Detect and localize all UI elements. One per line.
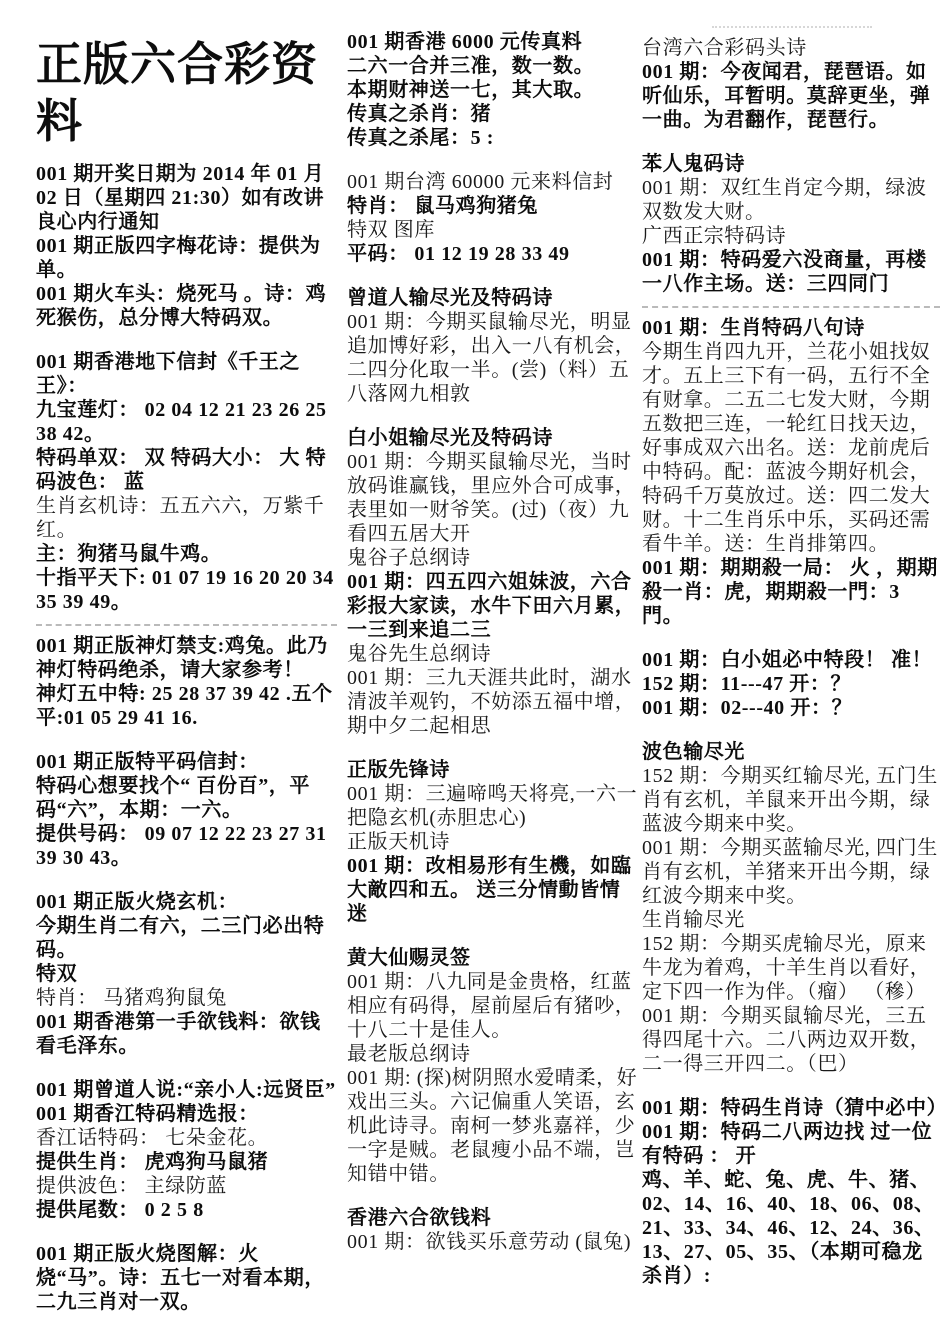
text-block: 001 期正版神灯禁支:鸡兔。此乃神灯特码绝杀，请大家参考！: [36, 634, 337, 682]
text-block: 九宝莲灯： 02 04 12 21 23 26 25 38 42。: [36, 398, 337, 446]
text-block: 广西正宗特码诗: [642, 224, 940, 248]
text-block: 001 期：三九天涯共此时，湖水清波羊观钓，不妨添五福中增，期中夕二起相思: [347, 666, 639, 738]
text-block: 001 期香港地下信封《千王之王》：: [36, 350, 337, 398]
text-block: 001 期: (探)树阴照水爱晴柔，好戏出三头。六记偏重人笑语，玄机此诗寻。南柯…: [347, 1066, 639, 1186]
text-block: 001 期香港第一手欲钱料：欲钱看毛泽东。: [36, 1010, 337, 1058]
text-block: 正版先锋诗: [347, 758, 639, 782]
text-block: 001 期：特码生肖诗（猜中必中）: [642, 1096, 940, 1120]
column-middle: 001 期香港 6000 元传真料二六一合并三准，数一数。本期财神送一七，其大取…: [347, 30, 639, 1254]
text-block: 001 期正版四字梅花诗：提供为单。: [36, 234, 337, 282]
text-block: 001 期台湾 60000 元来料信封: [347, 170, 639, 194]
dashed-separator: [642, 306, 940, 308]
column-left-blocks: 001 期开奖日期为 2014 年 01 月 02 日（星期四 21:30）如有…: [36, 162, 337, 1314]
text-block: 十指平天下: 01 07 19 16 20 20 34 35 39 49。: [36, 566, 337, 614]
text-block: 本期财神送一七，其大取。: [347, 78, 639, 102]
text-block: 特肖： 鼠马鸡狗猪兔: [347, 194, 639, 218]
text-block: 特肖： 马猪鸡狗鼠兔: [36, 986, 337, 1010]
text-block: 今期生肖四九开，兰花小姐找奴才。五上三下有一码，五行不全有财拿。二五二七发大财，…: [642, 340, 940, 556]
text-block: 001 期香港 6000 元传真料: [347, 30, 639, 54]
column-middle-blocks: 001 期香港 6000 元传真料二六一合并三准，数一数。本期财神送一七，其大取…: [347, 30, 639, 1254]
text-block: 鬼谷先生总纲诗: [347, 642, 639, 666]
text-block: 001 期：八九同是金贵格，红蓝相应有码得，屋前屋后有猪吵，十八二十是佳人。: [347, 970, 639, 1042]
dashed-separator: [36, 624, 337, 626]
text-block: 001 期：今期买鼠输尽光，明显追加博好彩，出入一八有机会，二四分化取一半。(尝…: [347, 310, 639, 406]
text-block: 特双 图库: [347, 218, 639, 242]
text-block: 001 期正版特平码信封：: [36, 750, 337, 774]
text-block: 提供尾数： 0 2 5 8: [36, 1198, 337, 1222]
text-block: 001 期：三遍啼鸣天将亮,一六一把隐玄机(赤胆忠心): [347, 782, 639, 830]
text-block: 鸡、羊、蛇、兔、虎、牛、猪、02、14、16、40、18、06、08、21、33…: [642, 1168, 940, 1288]
column-left: 正版六合彩资料 001 期开奖日期为 2014 年 01 月 02 日（星期四 …: [36, 36, 337, 1314]
text-block: 001 期：特码爱六没商量，再楼一八作主场。送：三四同门: [642, 248, 940, 296]
page-title: 正版六合彩资料: [36, 36, 337, 150]
text-block: 001 期：改相易形有生機，如臨大敵四和五。 送三分情動皆情迷: [347, 854, 639, 926]
text-block: 152 期：11---47 开：？: [642, 672, 940, 696]
text-block: 波色输尽光: [642, 740, 940, 764]
text-block: 提供号码： 09 07 12 22 23 27 31 39 30 43。: [36, 822, 337, 870]
text-block: 001 期正版火烧图解：火烧“马”。诗：五七一对看本期，二九三肖对一双。: [36, 1242, 337, 1314]
text-block: 001 期：特码二八两边找 过一位有特码 ： 开: [642, 1120, 940, 1168]
text-block: 001 期香江特码精选报：: [36, 1102, 337, 1126]
text-block: 苯人鬼码诗: [642, 152, 940, 176]
text-block: 黄大仙赐灵签: [347, 946, 639, 970]
text-block: 001 期：白小姐必中特段！ 准！: [642, 648, 940, 672]
text-block: 001 期：今期买蓝输尽光, 四门生肖有玄机，羊猪来开出今期，绿红波今期来中奖。: [642, 836, 940, 908]
text-block: 二六一合并三准，数一数。: [347, 54, 639, 78]
text-block: 001 期：今夜闻君，琵琶语。如听仙乐，耳暂明。莫辞更坐，弹一曲。为君翻作，琵琶…: [642, 60, 940, 132]
text-block: 001 期开奖日期为 2014 年 01 月 02 日（星期四 21:30）如有…: [36, 162, 337, 234]
text-block: 最老版总纲诗: [347, 1042, 639, 1066]
text-block: 传真之杀尾：5 :: [347, 126, 639, 150]
text-block: 001 期：期期殺一局： 火 ，期期殺一肖：虎，期期殺一門：3 門。: [642, 556, 940, 628]
text-block: 白小姐输尽光及特码诗: [347, 426, 639, 450]
text-block: 正版天机诗: [347, 830, 639, 854]
text-block: 001 期：欲钱买乐意劳动 (鼠兔): [347, 1230, 639, 1254]
text-block: 152 期：今期买虎输尽光，原来牛龙为着鸡，十羊生肖以看好，定下四一作为伴。（瘤…: [642, 932, 940, 1004]
text-block: 特码单双： 双 特码大小： 大 特码波色： 蓝: [36, 446, 337, 494]
text-block: 001 期火车头：烧死马 。诗：鸡死猴伤，总分博大特码双。: [36, 282, 337, 330]
text-block: 神灯五中特: 25 28 37 39 42 .五个平:01 05 29 41 1…: [36, 682, 337, 730]
text-block: 香江话特码： 七朵金花。: [36, 1126, 337, 1150]
text-block: 001 期正版火烧玄机：: [36, 890, 337, 914]
text-block: 001 期：双红生肖定今期，绿波双数发大财。: [642, 176, 940, 224]
text-block: 台湾六合彩码头诗: [642, 36, 940, 60]
text-block: 001 期：今期买鼠输尽光，三五得四尾十六。二八两边双开数，二一得三开四二。（巴…: [642, 1004, 940, 1076]
text-block: 传真之杀肖：猪: [347, 102, 639, 126]
text-block: 特双: [36, 962, 337, 986]
text-block: 001 期：四五四六姐妹波，六合彩报大家读，水牛下田六月累，一三到来追二三: [347, 570, 639, 642]
scan-artifact: [712, 26, 872, 28]
text-block: 001 期：生肖特码八句诗: [642, 316, 940, 340]
text-block: 香港六合欲钱料: [347, 1206, 639, 1230]
column-right: 台湾六合彩码头诗001 期：今夜闻君，琵琶语。如听仙乐，耳暂明。莫辞更坐，弹一曲…: [642, 24, 940, 1288]
text-block: 提供波色： 主绿防蓝: [36, 1174, 337, 1198]
column-right-blocks: 台湾六合彩码头诗001 期：今夜闻君，琵琶语。如听仙乐，耳暂明。莫辞更坐，弹一曲…: [642, 26, 940, 1288]
text-block: 提供生肖： 虎鸡狗马鼠猪: [36, 1150, 337, 1174]
text-block: 001 期：今期买鼠输尽光，当时放码谁赢钱，里应外合可成事，表里如一财爷笑。(过…: [347, 450, 639, 546]
lottery-sheet-page: 正版六合彩资料 001 期开奖日期为 2014 年 01 月 02 日（星期四 …: [0, 0, 945, 1336]
text-block: 特码心想要找个“ 百份百”，平码“六”，本期：一六。: [36, 774, 337, 822]
text-block: 曾道人输尽光及特码诗: [347, 286, 639, 310]
text-block: 主：狗猪马鼠牛鸡。: [36, 542, 337, 566]
text-block: 平码： 01 12 19 28 33 49: [347, 242, 639, 266]
text-block: 生肖输尽光: [642, 908, 940, 932]
text-block: 001 期曾道人说:“亲小人:远贤臣”: [36, 1078, 337, 1102]
text-block: 鬼谷子总纲诗: [347, 546, 639, 570]
text-block: 001 期：02---40 开：？: [642, 696, 940, 720]
text-block: 152 期：今期买红输尽光, 五门生肖有玄机，羊鼠来开出今期，绿蓝波今期来中奖。: [642, 764, 940, 836]
text-block: 今期生肖二有六，二三门必出特码。: [36, 914, 337, 962]
text-block: 生肖玄机诗：五五六六，万紫千红。: [36, 494, 337, 542]
